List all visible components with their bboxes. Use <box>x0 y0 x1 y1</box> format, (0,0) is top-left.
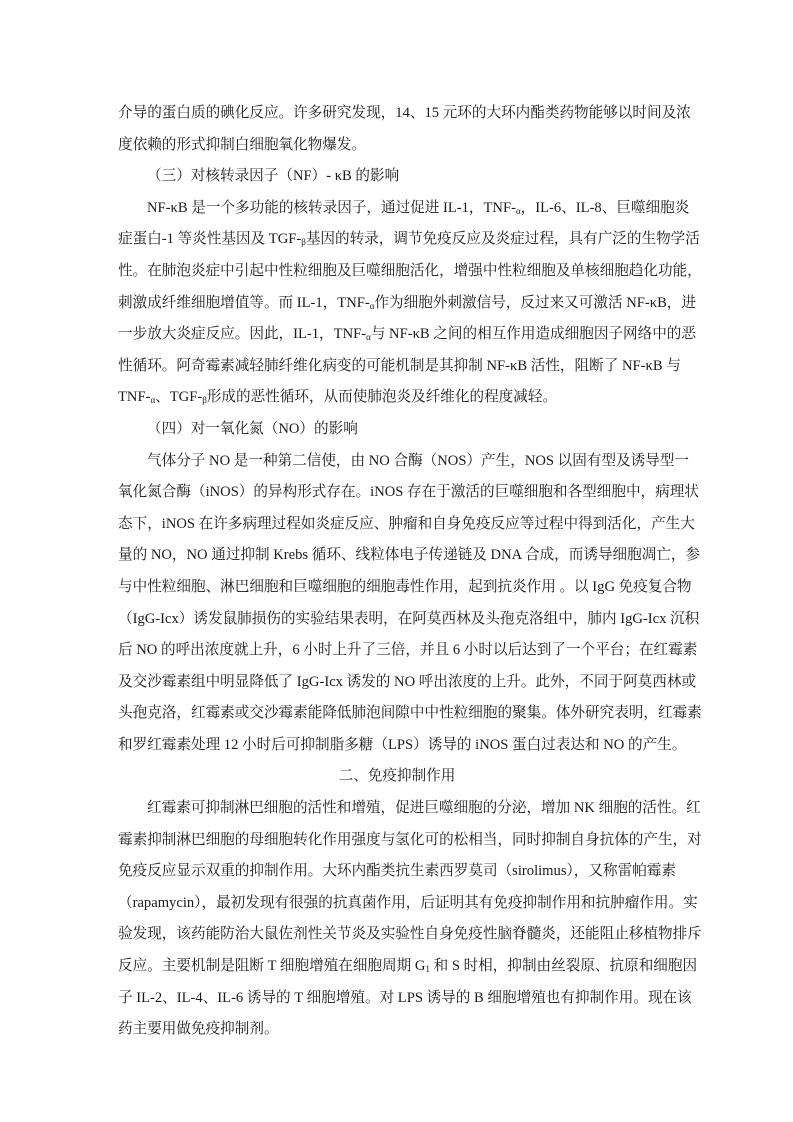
body-line: 与中性粒细胞、淋巴细胞和巨噬细胞的细胞毒性作用，起到抗炎作用 。以 IgG 免疫… <box>118 572 676 604</box>
body-line: 性循环。阿奇霉素减轻肺纤维化病变的可能机制是其抑制 NF-κB 活性，阻断了 N… <box>118 351 676 383</box>
subheading-no: （四）对一氧化氮（NO）的影响 <box>118 414 676 446</box>
body-line: TNF-α、TGF-β形成的恶性循环，从而使肺泡炎及纤维化的程度减轻。 <box>118 382 676 414</box>
body-line: 反应。主要机制是阻断 T 细胞增殖在细胞周期 G1 和 S 时相，抑制由丝裂原、… <box>118 951 676 983</box>
body-line: 红霉素可抑制淋巴细胞的活性和增殖，促进巨噬细胞的分泌，增加 NK 细胞的活性。红 <box>118 793 676 825</box>
body-line: 和罗红霉素处理 12 小时后可抑制脂多糖（LPS）诱导的 iNOS 蛋白过表达和… <box>118 730 676 762</box>
body-line: 后 NO 的呼出浓度就上升，6 小时上升了三倍，并且 6 小时以后达到了一个平台… <box>118 635 676 667</box>
body-line: 症蛋白-1 等炎性基因及 TGF-β基因的转录，调节免疫反应及炎症过程，具有广泛… <box>118 224 676 256</box>
body-line: 度依赖的形式抑制白细胞氧化物爆发。 <box>118 130 676 162</box>
body-line: （rapamycin），最初发现有很强的抗真菌作用，后证明其有免疫抑制作用和抗肿… <box>118 888 676 920</box>
section-heading-immunosuppression: 二、免疫抑制作用 <box>118 761 676 793</box>
subheading-nfkb: （三）对核转录因子（NF）- κB 的影响 <box>118 161 676 193</box>
body-line: 免疫反应显示双重的抑制作用。大环内酯类抗生素西罗莫司（sirolimus），又称… <box>118 856 676 888</box>
body-line: 介导的蛋白质的碘化反应。许多研究发现，14、15 元环的大环内酯类药物能够以时间… <box>118 98 676 130</box>
body-line: 霉素抑制淋巴细胞的母细胞转化作用强度与氢化可的松相当，同时抑制自身抗体的产生，对 <box>118 825 676 857</box>
body-line: 性。在肺泡炎症中引起中性粒细胞及巨噬细胞活化，增强中性粒细胞及单核细胞趋化功能， <box>118 256 676 288</box>
body-line: （IgG-Icx）诱发鼠肺损伤的实验结果表明，在阿莫西林及头孢克洛组中，肺内 I… <box>118 604 676 636</box>
body-line: 子 IL-2、IL-4、IL-6 诱导的 T 细胞增殖。对 LPS 诱导的 B … <box>118 983 676 1015</box>
body-line: NF-κB 是一个多功能的核转录因子，通过促进 IL-1，TNF-α，IL-6、… <box>118 193 676 225</box>
body-line: 氧化氮合酶（iNOS）的异构形式存在。iNOS 存在于激活的巨噬细胞和各型细胞中… <box>118 477 676 509</box>
body-line: 及交沙霉素组中明显降低了 IgG-Icx 诱发的 NO 呼出浓度的上升。此外，不… <box>118 667 676 699</box>
document-page: 介导的蛋白质的碘化反应。许多研究发现，14、15 元环的大环内酯类药物能够以时间… <box>118 98 676 1046</box>
body-line: 头孢克洛，红霉素或交沙霉素能降低肺泡间隙中中性粒细胞的聚集。体外研究表明，红霉素 <box>118 698 676 730</box>
body-line: 一步放大炎症反应。因此，IL-1，TNF-α与 NF-κB 之间的相互作用造成细… <box>118 319 676 351</box>
body-line: 验发现，该药能防治大鼠佐剂性关节炎及实验性自身免疫性脑脊髓炎，还能阻止移植物排斥 <box>118 919 676 951</box>
body-line: 气体分子 NO 是一种第二信使，由 NO 合酶（NOS）产生，NOS 以固有型及… <box>118 446 676 478</box>
body-line: 药主要用做免疫抑制剂。 <box>118 1014 676 1046</box>
body-line: 量的 NO，NO 通过抑制 Krebs 循环、线粒体电子传递链及 DNA 合成，… <box>118 540 676 572</box>
body-line: 态下，iNOS 在许多病理过程如炎症反应、肿瘤和自身免疫反应等过程中得到活化，产… <box>118 509 676 541</box>
body-line: 刺激成纤维细胞增值等。而 IL-1，TNF-α作为细胞外刺激信号，反过来又可激活… <box>118 288 676 320</box>
